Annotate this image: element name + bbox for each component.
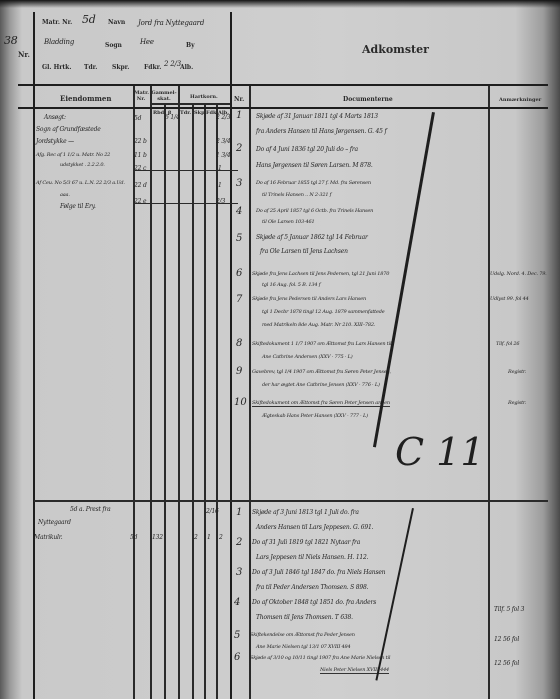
rule-section-divider [34,500,548,502]
doc-line: der har ægtet Ane Cathrine Jensen (XXV ·… [262,382,380,388]
doc-line: fra Anders Hansen til Hans Jørgensen. G.… [256,128,387,135]
matr-value: 11 b [134,152,147,159]
matr-value: 5d [134,115,141,122]
doc-line: Skjøde af 3 Juni 1813 tgl 1 Juli do. fra [252,509,359,516]
property-line: Følge til Ery. [60,203,96,210]
doc-nr: 5 [234,630,240,641]
doc-nr: 10 [234,397,247,408]
property-line: Nyttegaard [38,519,71,526]
doc-line: Lars Jeppesen til Niels Hansen. H. 112. [256,554,368,561]
scan-shadow [0,0,560,8]
rule-hartkorn [178,86,180,699]
doc-nr: 1 [236,110,242,121]
doc-nr: 4 [236,206,242,217]
property-line: aaa. [60,192,70,198]
doc-nr: 6 [236,268,242,279]
doc-line: Skiftekendelse om Ættomst fra Peder Jens… [250,632,355,638]
col-gammel-skat: Gammel-skat. [151,90,177,102]
section2-hartkorn-fraction: 2/16 [206,508,219,515]
hartkorn-value: 2 3/4 [216,138,230,145]
page-title: Adkomster [362,43,429,56]
col-nr: Nr. [234,96,244,103]
by-label: By [186,42,195,49]
rule-hk-3 [216,104,218,699]
doc-note: Udlyst 99. fol 44 [490,296,529,302]
doc-line: tgl 16 Aug. fol. 5 B. 134 f [262,282,320,288]
doc-nr: 8 [236,338,242,349]
matr-nr-label: Matr. Nr. [42,19,72,26]
alb-label: Alb. [180,64,193,71]
col-hartkorn: Hartkorn. [190,94,218,100]
property-line: Sogn af Grundfæstede [36,126,101,133]
left-margin-mark: 38 [4,34,18,47]
doc-line: Skjøde af 3/10 og 10/11 tingl 1907 fra A… [250,655,390,661]
rule-left [33,12,35,699]
doc-nr: 9 [236,366,242,377]
doc-line: Skiftedokument 1 1/7 1907 om Ættomst fra… [252,341,391,347]
rule-skat-sub [164,104,166,699]
matr-value: 22 d [134,182,147,189]
doc-note: Udslg. Nord. 4. Dec. 79. [490,271,547,277]
doc-line: tgl 1 Decbr 1878 tingl 12 Aug. 1879 samm… [262,309,385,315]
doc-nr: 5 [236,233,242,244]
strike-diagonal [373,112,435,447]
doc-note: Registr. [508,369,526,375]
section2-matr-value: 5d [130,534,137,541]
tdr-label: Tdr. [84,64,97,71]
matr-value: 22 b [134,138,147,145]
doc-note: Tilf. fol 26 [496,341,519,347]
skpr-label: Skpr. [112,64,129,71]
skat-value: 6 1/4 [165,114,179,121]
col-anmaerkninger: Anmærkninger [499,97,541,103]
doc-nr: 2 [236,143,242,154]
doc-note: Registr. [508,400,526,406]
doc-line: Gavebrev, tgl 1/4 1907 om Ættomst fra Sø… [252,369,391,375]
property-line: Matrikulr. [34,534,62,541]
hartkorn-value: 2 [194,534,198,541]
rule-header-top [18,84,548,86]
doc-nr: 7 [236,294,242,305]
col-eiendommen: Eiendommen [60,94,111,103]
fdkr-label: Fdkr. [144,64,161,71]
fdkr-value: 2 2/3 [164,60,181,68]
rule-anm [488,86,490,699]
doc-line: fra til Peder Andersen Thomsen. S 898. [256,584,368,591]
navn-value: Jord fra Nyttegaard [138,17,218,29]
doc-line: fra Ole Larsen til Jens Lachsen [260,248,348,255]
doc-line: til Ole Larsen 103-461 [262,219,314,225]
nr-label: Nr. [18,50,30,59]
rule-skat [150,86,152,699]
doc-line: Ane Cathrine Andersen (XXV · 775 · L) [262,354,353,360]
doc-nr: 6 [234,652,240,663]
doc-line: Hans Jørgensen til Søren Larsen. M 878. [256,162,373,169]
hartkorn-value: 1 3/4 [216,152,230,159]
rule-matr [133,86,135,699]
col-matr-nr: Matr. Nr. [134,90,148,102]
sogn-label: Sogn [105,42,122,49]
doc-line: Anders Hansen til Lars Jeppesen. G. 691. [256,524,373,531]
rule-nr [249,86,251,699]
col-hartkorn-tdr: Tdr. [180,110,191,116]
rule-subheader [151,103,230,105]
doc-line: Do af Oktober 1848 tgl 1851 do. fra Ande… [252,599,376,606]
doc-line: Skjøde fra Jens Pedersen til Anders Lars… [252,296,366,302]
property-line: Afg. Rec af 1 1/2 u. Matr. No 22 [36,152,110,158]
doc-line: Skjøde af 31 Januar 1811 tgl 4 Marts 181… [256,113,378,120]
doc-line: Skjøde af 5 Januar 1862 tgl 14 Februar [256,234,368,241]
doc-line: til Trinels Hansen .. N 2-321 f [262,192,331,198]
strike-diagonal [375,508,414,681]
hartkorn-value: 2 [219,534,223,541]
doc-note: 12 56 fol [494,636,519,643]
hartkorn-value: 2 2/3 [216,114,230,121]
property-line: Ansøgt: [44,114,66,121]
hartkorn-value: 1 [207,534,211,541]
strike-line [133,170,238,171]
section2-skat-value: 132 [152,534,163,541]
doc-line: Do af 16 Februar 1855 tgl 27 f. Md. fra … [256,180,371,186]
navn-label: Navn [108,19,125,26]
doc-nr: 3 [236,178,242,189]
doc-note: 12 56 fol [494,660,519,667]
doc-line: Ægteskab Hans Peter Hansen (XXV · 777 · … [262,413,368,419]
hartkorn-value: 1 [218,182,222,189]
stamp-mark: C 11 [395,430,485,474]
rule-hk-2 [204,104,206,699]
doc-line: Do af 31 Juli 1819 tgl 1821 Nytaar fra [252,539,360,546]
col-documenterne: Documenterne [343,96,393,103]
doc-nr: 4 [234,597,240,608]
rule-hk-1 [192,104,194,699]
sogn-value: Hee [140,38,154,46]
property-line: udstykket . 2.2.2.0. [60,162,105,168]
property-line: Jordstykke — [36,138,74,145]
doc-line: Skiftedokument om Ættomst fra Søren Pete… [252,400,390,407]
doc-note: Tilf. 5 fol 3 [494,606,524,613]
property-line: 5d a. Prest fra [70,506,110,513]
sogn-prefix: Bladding [44,38,74,46]
doc-line: Do af 3 Juli 1846 tgl 1847 do. fra Niels… [252,569,385,576]
gl-hrtk-label: Gl. Hrtk. [42,64,71,71]
doc-line: Do af 25 April 1857 tgl 6 Octb. fra Trin… [256,208,373,214]
doc-line: Thomsen til Jens Thomsen. T 638. [256,614,353,621]
doc-line: Skjøde fra Jens Lachsen til Jens Pederse… [252,271,389,277]
doc-line: Do af 4 Juni 1836 tgl 20 Juli do – fra [256,146,358,153]
ledger-page: 38 Nr. Matr. Nr. 5d Navn Jord fra Nytteg… [0,0,560,699]
rule-header-bottom [18,107,548,109]
doc-line: Ane Marie Nielsen tgl 13/1 07 XVIII 484 [256,644,350,650]
matr-nr-value: 5d [82,13,96,26]
doc-line: med Matrikeln 8de Aug. Matr. Nr 210. XII… [262,322,375,328]
strike-line [133,203,238,204]
doc-nr: 2 [236,537,242,548]
doc-nr: 1 [236,507,242,518]
property-line: Af Ceu. No 5/3 67 u. L.N. 22 2/3 a.Ud. [36,180,125,186]
doc-nr: 3 [236,567,242,578]
